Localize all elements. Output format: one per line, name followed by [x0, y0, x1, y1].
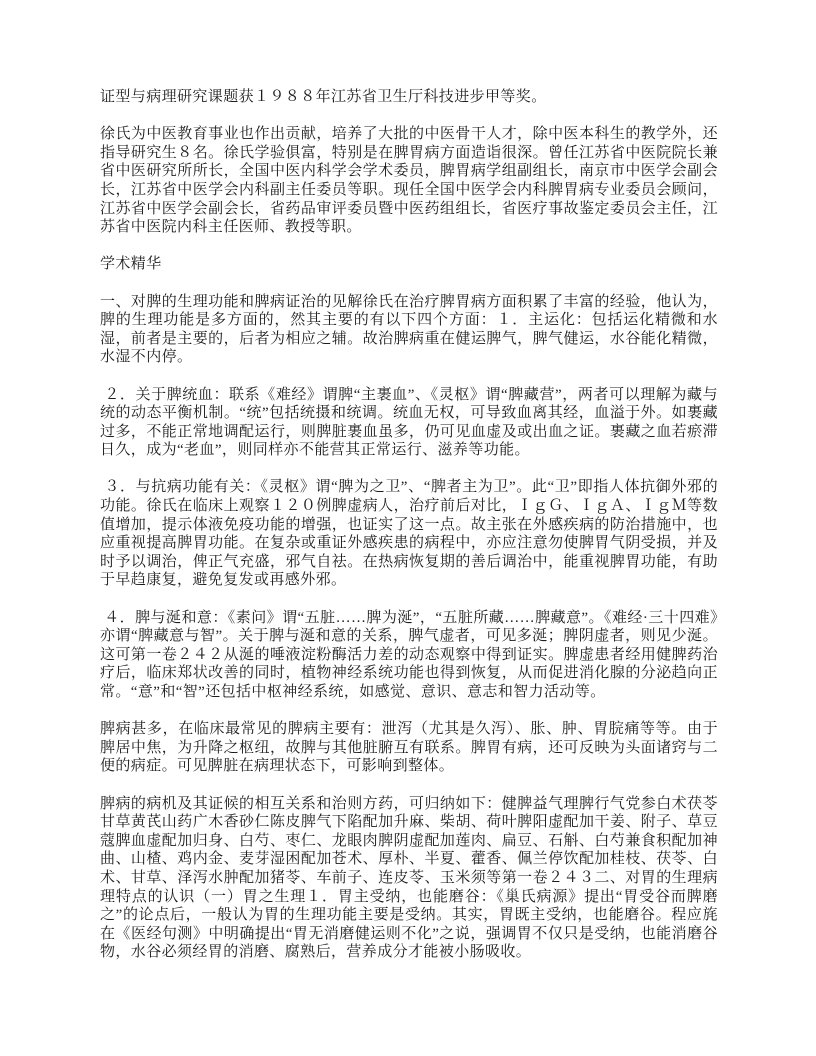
paragraph-spleen-pathogenesis-and-stomach: 脾病的病机及其证候的相互关系和治则方药，可归纳如下：健脾益气理脾行气党参白术茯苓… — [100, 795, 718, 962]
paragraph-spleen-defense-function: ３．与抗病功能有关：《灵枢》谓“脾为之卫”、“脾者主为卫”。此“卫”即指人体抗御… — [100, 478, 718, 590]
paragraph-spleen-blood-control: ２．关于脾统血：联系《难经》谓脾“主裹血”、《灵枢》谓“脾藏营”，两者可以理解为… — [100, 386, 718, 460]
section-heading-academic-essence: 学术精华 — [100, 255, 718, 274]
paragraph-spleen-saliva-and-intention: ４．脾与涎和意：《素问》谓“五脏……脾为涎”，“五脏所藏……脾藏意”。《难经·三… — [100, 609, 718, 702]
paragraph-spleen-diseases-overview: 脾病甚多，在临床最常见的脾病主要有：泄泻（尤其是久泻）、胀、肿、胃脘痛等等。由于… — [100, 720, 718, 776]
paragraph-biography: 徐氏为中医教育事业也作出贡献，培养了大批的中医骨干人才，除中医本科生的教学外，还… — [100, 125, 718, 237]
document-content: 证型与病理研究课题获１９８８年江苏省卫生厅科技进步甲等奖。 徐氏为中医教育事业也… — [100, 88, 718, 981]
document-page: 证型与病理研究课题获１９８８年江苏省卫生厅科技进步甲等奖。 徐氏为中医教育事业也… — [0, 0, 816, 1056]
paragraph-spleen-physiology-overview: 一、对脾的生理功能和脾病证治的见解徐氏在治疗脾胃病方面积累了丰富的经验，他认为，… — [100, 293, 718, 367]
paragraph-award: 证型与病理研究课题获１９８８年江苏省卫生厅科技进步甲等奖。 — [100, 88, 718, 107]
